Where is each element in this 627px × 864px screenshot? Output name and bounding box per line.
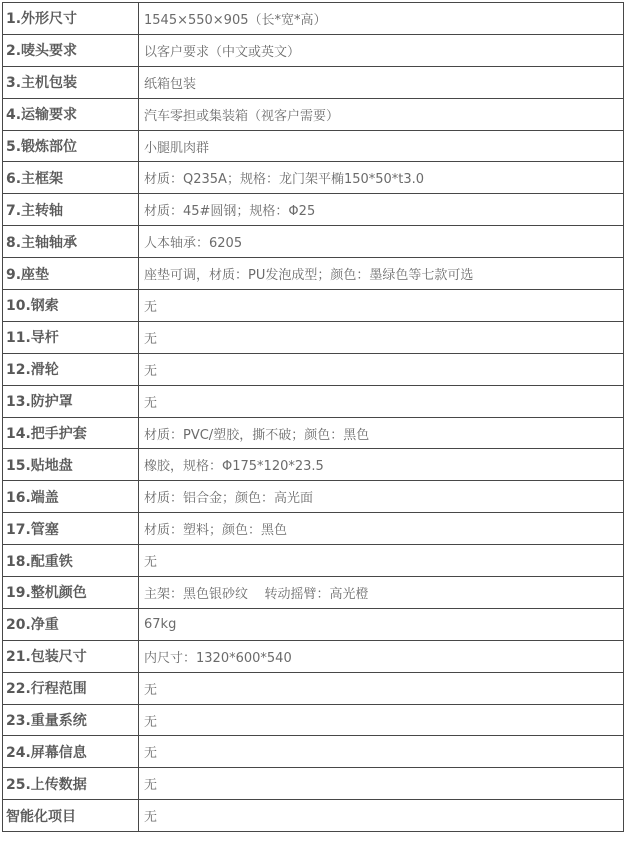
spec-value-cell: 无 — [139, 353, 624, 385]
spec-value-cell: 无 — [139, 704, 624, 736]
spec-value-cell: 无 — [139, 672, 624, 704]
spec-table-body: 1.外形尺寸1545×550×905（长*宽*高）2.唛头要求以客户要求（中文或… — [3, 3, 624, 832]
spec-value-cell: 无 — [139, 290, 624, 322]
spec-table: 1.外形尺寸1545×550×905（长*宽*高）2.唛头要求以客户要求（中文或… — [2, 2, 624, 832]
spec-row: 7.主转轴材质：45#圆钢；规格：Φ25 — [3, 194, 624, 226]
spec-label-cell: 18.配重铁 — [3, 545, 139, 577]
spec-value-cell: 无 — [139, 736, 624, 768]
spec-value-cell: 无 — [139, 800, 624, 832]
spec-value-cell: 主架：黑色银砂纹 转动摇臂：高光橙 — [139, 577, 624, 609]
spec-value-cell: 人本轴承：6205 — [139, 226, 624, 258]
spec-label-cell: 10.钢索 — [3, 290, 139, 322]
spec-row: 智能化项目无 — [3, 800, 624, 832]
spec-value-cell: 小腿肌肉群 — [139, 130, 624, 162]
spec-row: 4.运输要求汽车零担或集装箱（视客户需要） — [3, 98, 624, 130]
spec-row: 24.屏幕信息无 — [3, 736, 624, 768]
spec-value-cell: 材质：塑料；颜色：黑色 — [139, 513, 624, 545]
spec-label-cell: 16.端盖 — [3, 481, 139, 513]
spec-row: 17.管塞材质：塑料；颜色：黑色 — [3, 513, 624, 545]
spec-row: 13.防护罩无 — [3, 385, 624, 417]
spec-row: 25.上传数据无 — [3, 768, 624, 800]
spec-row: 22.行程范围无 — [3, 672, 624, 704]
spec-value-cell: 汽车零担或集装箱（视客户需要） — [139, 98, 624, 130]
spec-row: 8.主轴轴承人本轴承：6205 — [3, 226, 624, 258]
spec-label-cell: 4.运输要求 — [3, 98, 139, 130]
spec-value-cell: 座垫可调，材质：PU发泡成型；颜色：墨绿色等七款可选 — [139, 258, 624, 290]
spec-row: 23.重量系统无 — [3, 704, 624, 736]
spec-label-cell: 12.滑轮 — [3, 353, 139, 385]
spec-value-cell: 橡胶，规格：Φ175*120*23.5 — [139, 449, 624, 481]
spec-value-cell: 67kg — [139, 608, 624, 640]
spec-value-cell: 材质：铝合金；颜色：高光面 — [139, 481, 624, 513]
spec-row: 18.配重铁无 — [3, 545, 624, 577]
spec-label-cell: 14.把手护套 — [3, 417, 139, 449]
spec-row: 20.净重67kg — [3, 608, 624, 640]
spec-label-cell: 23.重量系统 — [3, 704, 139, 736]
spec-label-cell: 25.上传数据 — [3, 768, 139, 800]
spec-label-cell: 24.屏幕信息 — [3, 736, 139, 768]
spec-row: 21.包装尺寸内尺寸：1320*600*540 — [3, 640, 624, 672]
spec-label-cell: 19.整机颜色 — [3, 577, 139, 609]
spec-value-cell: 以客户要求（中文或英文） — [139, 34, 624, 66]
spec-row: 2.唛头要求以客户要求（中文或英文） — [3, 34, 624, 66]
spec-value-cell: 无 — [139, 545, 624, 577]
spec-label-cell: 2.唛头要求 — [3, 34, 139, 66]
spec-sheet-page: 1.外形尺寸1545×550×905（长*宽*高）2.唛头要求以客户要求（中文或… — [0, 0, 627, 864]
spec-value-cell: 材质：Q235A；规格：龙门架平椭150*50*t3.0 — [139, 162, 624, 194]
spec-label-cell: 13.防护罩 — [3, 385, 139, 417]
spec-label-cell: 9.座垫 — [3, 258, 139, 290]
spec-label-cell: 6.主框架 — [3, 162, 139, 194]
spec-label-cell: 22.行程范围 — [3, 672, 139, 704]
spec-label-cell: 7.主转轴 — [3, 194, 139, 226]
spec-row: 19.整机颜色主架：黑色银砂纹 转动摇臂：高光橙 — [3, 577, 624, 609]
spec-label-cell: 11.导杆 — [3, 321, 139, 353]
spec-value-cell: 无 — [139, 768, 624, 800]
spec-value-cell: 材质：45#圆钢；规格：Φ25 — [139, 194, 624, 226]
spec-label-cell: 5.锻炼部位 — [3, 130, 139, 162]
spec-row: 15.贴地盘橡胶，规格：Φ175*120*23.5 — [3, 449, 624, 481]
spec-value-cell: 无 — [139, 385, 624, 417]
spec-row: 3.主机包装纸箱包装 — [3, 66, 624, 98]
spec-value-cell: 内尺寸：1320*600*540 — [139, 640, 624, 672]
spec-row: 6.主框架材质：Q235A；规格：龙门架平椭150*50*t3.0 — [3, 162, 624, 194]
spec-row: 5.锻炼部位小腿肌肉群 — [3, 130, 624, 162]
spec-value-cell: 1545×550×905（长*宽*高） — [139, 3, 624, 35]
spec-label-cell: 17.管塞 — [3, 513, 139, 545]
spec-row: 14.把手护套材质：PVC/塑胶，撕不破；颜色：黑色 — [3, 417, 624, 449]
spec-value-cell: 纸箱包装 — [139, 66, 624, 98]
spec-value-cell: 无 — [139, 321, 624, 353]
spec-label-cell: 1.外形尺寸 — [3, 3, 139, 35]
spec-label-cell: 21.包装尺寸 — [3, 640, 139, 672]
spec-value-cell: 材质：PVC/塑胶，撕不破；颜色：黑色 — [139, 417, 624, 449]
spec-row: 9.座垫座垫可调，材质：PU发泡成型；颜色：墨绿色等七款可选 — [3, 258, 624, 290]
spec-label-cell: 3.主机包装 — [3, 66, 139, 98]
spec-label-cell: 8.主轴轴承 — [3, 226, 139, 258]
spec-row: 12.滑轮无 — [3, 353, 624, 385]
spec-row: 1.外形尺寸1545×550×905（长*宽*高） — [3, 3, 624, 35]
spec-label-cell: 20.净重 — [3, 608, 139, 640]
spec-row: 11.导杆无 — [3, 321, 624, 353]
spec-row: 10.钢索无 — [3, 290, 624, 322]
spec-row: 16.端盖材质：铝合金；颜色：高光面 — [3, 481, 624, 513]
spec-label-cell: 智能化项目 — [3, 800, 139, 832]
spec-label-cell: 15.贴地盘 — [3, 449, 139, 481]
